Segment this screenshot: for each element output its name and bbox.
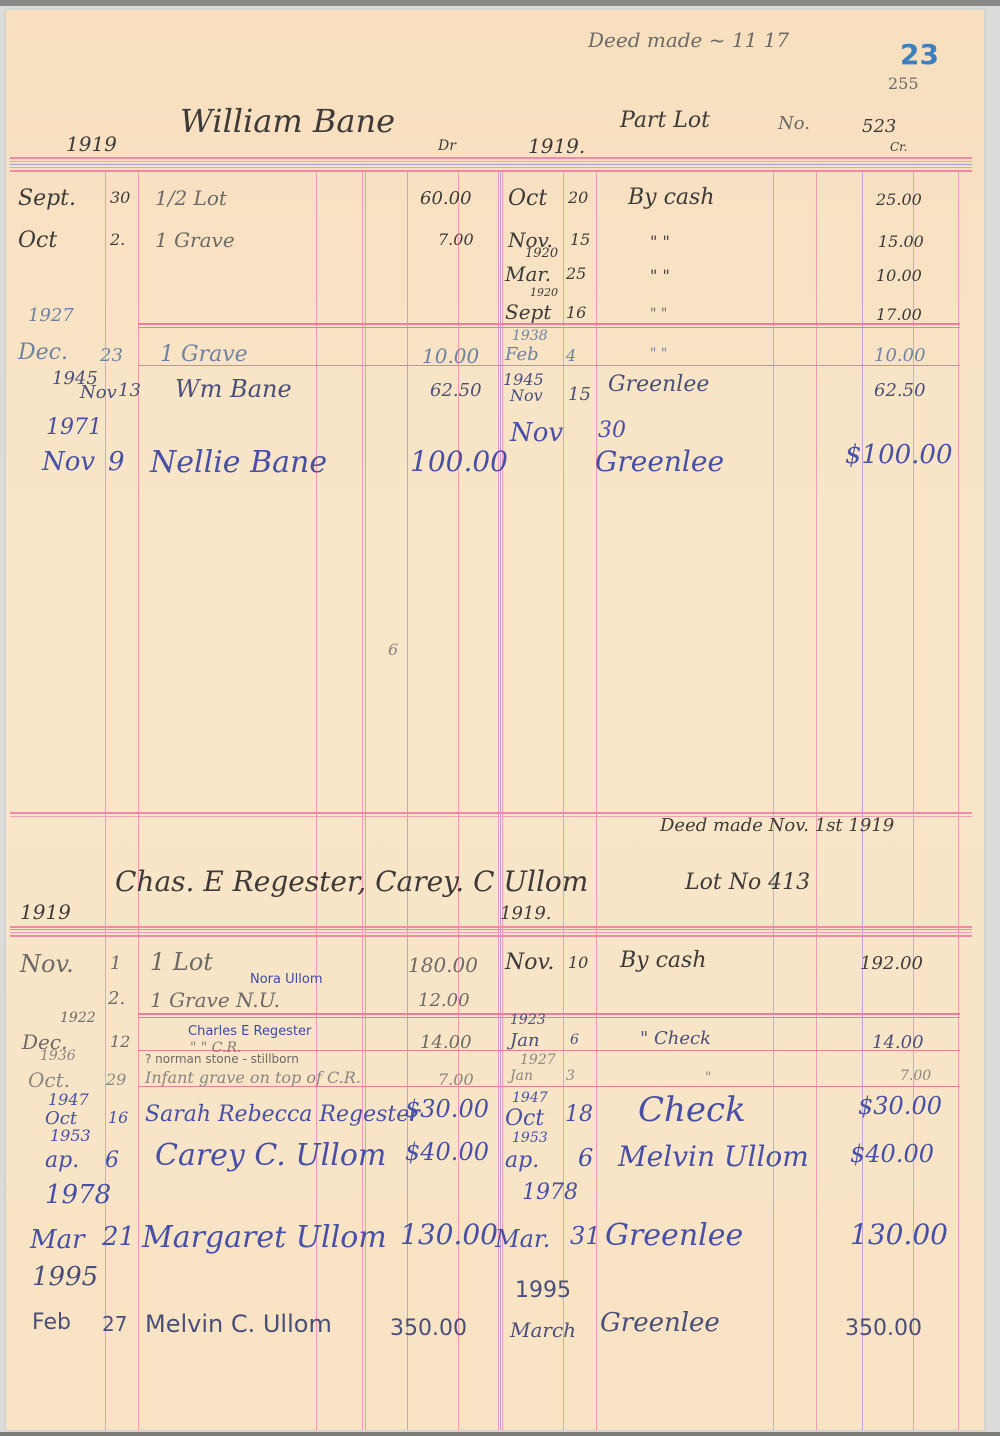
- debit-month: Nov: [42, 447, 95, 477]
- credit-amount: 14.00: [872, 1032, 924, 1053]
- debit-amount: 14.00: [420, 1032, 472, 1053]
- credit-day: 6: [570, 1032, 579, 1048]
- debit-day: 2.: [108, 988, 125, 1009]
- credit-amount: $100.00: [845, 440, 953, 470]
- debit-day: 29: [106, 1070, 126, 1089]
- credit-year: 1938: [512, 328, 548, 344]
- debit-day: 2.: [110, 230, 125, 249]
- credit-month: March: [510, 1318, 576, 1342]
- debit-item: 1/2 Lot: [155, 186, 227, 210]
- debit-year: 1978: [45, 1180, 111, 1210]
- page-number: 255: [888, 74, 919, 93]
- credit-month: Nov.: [505, 950, 554, 975]
- credit-amount: 10.00: [874, 345, 926, 366]
- debit-annotation: Charles E Regester: [188, 1024, 311, 1039]
- debit-year: 1922: [60, 1010, 96, 1026]
- debit-item: Carey C. Ullom: [155, 1138, 386, 1173]
- debit-day: 16: [108, 1108, 128, 1127]
- debit-item: Infant grave on top of C.R.: [145, 1068, 361, 1087]
- credit-item: " Check: [640, 1028, 711, 1049]
- ledger-page: [6, 10, 984, 1430]
- debit-annotation: ? norman stone - stillborn: [145, 1052, 299, 1066]
- subtotal-rule: [138, 1017, 960, 1018]
- debit-day: 9: [108, 447, 125, 477]
- credit-amount: 350.00: [845, 1316, 922, 1341]
- year-right: 1919.: [528, 134, 585, 158]
- debit-item: Sarah Rebecca Regester: [145, 1102, 420, 1127]
- scan-top-edge: [0, 0, 1000, 6]
- credit-month: Mar.: [505, 262, 551, 286]
- debit-month: Feb: [32, 1310, 71, 1335]
- debit-year: 1971: [46, 415, 102, 440]
- credit-amount: 7.00: [900, 1068, 931, 1084]
- credit-year: 1923: [510, 1012, 546, 1028]
- debit-item: 1 Grave N.U.: [150, 988, 280, 1012]
- credit-item: " ": [650, 306, 667, 322]
- credit-item: Check: [638, 1090, 746, 1130]
- credit-day: 20: [568, 188, 588, 207]
- debit-amount: 350.00: [390, 1316, 467, 1341]
- lot-label: Lot No 413: [685, 870, 810, 895]
- lot-label: Part Lot: [620, 108, 710, 133]
- credit-amount: 17.00: [876, 305, 922, 324]
- debit-month: Nov: [80, 382, 117, 403]
- year-left: 1919: [66, 132, 117, 156]
- credit-month: Jan: [510, 1030, 540, 1051]
- credit-month: Nov: [510, 418, 563, 448]
- debit-day: 21: [102, 1222, 135, 1252]
- credit-year: 1927: [520, 1052, 556, 1068]
- subtotal-rule: [138, 365, 960, 366]
- credit-item: " ": [650, 232, 670, 251]
- debit-month: ap.: [45, 1148, 79, 1173]
- debit-month: Mar: [30, 1225, 85, 1255]
- debit-year: 1947: [48, 1090, 89, 1109]
- credit-item: Greenlee: [595, 445, 724, 478]
- deed-note-top: Deed made ~ 11 17: [588, 28, 789, 52]
- credit-day: 15: [570, 230, 590, 249]
- account-name: William Bane: [180, 102, 395, 140]
- subtotal-rule: [138, 327, 960, 328]
- debit-amount: 100.00: [410, 445, 508, 478]
- credit-year: 1995: [515, 1278, 571, 1303]
- debit-annotation: Nora Ullom: [250, 972, 322, 987]
- debit-month: Sept.: [18, 186, 76, 211]
- scan-bottom-edge: [0, 1432, 1000, 1436]
- account-name: Chas. E Regester, Carey. C Ullom: [115, 865, 588, 898]
- credit-amount: $40.00: [850, 1140, 934, 1168]
- subtotal-rule: [138, 1013, 960, 1015]
- credit-day: 3: [566, 1068, 575, 1084]
- credit-month: Nov: [510, 386, 543, 405]
- credit-month: Sept: [505, 300, 551, 324]
- credit-amount: $30.00: [858, 1092, 942, 1120]
- credit-year: 1920: [530, 286, 558, 299]
- stray-mark: 6: [388, 640, 398, 659]
- debit-amount: $40.00: [405, 1138, 489, 1166]
- debit-amount: 10.00: [422, 344, 479, 368]
- credit-day: 18: [565, 1102, 593, 1127]
- dr-label: Dr: [438, 138, 456, 154]
- debit-amount: 7.00: [438, 1070, 474, 1089]
- cr-label: Cr.: [890, 140, 907, 154]
- credit-day: 10: [568, 953, 588, 972]
- debit-item: 1 Grave: [160, 342, 248, 367]
- debit-day: 1: [110, 953, 121, 974]
- year-right: 1919.: [500, 903, 552, 924]
- debit-month: Oct.: [28, 1068, 70, 1092]
- stamp-number: 23: [900, 38, 939, 71]
- debit-amount: 7.00: [438, 230, 474, 249]
- debit-item: Melvin C. Ullom: [145, 1310, 332, 1338]
- subtotal-rule: [138, 1050, 960, 1051]
- credit-item: ": [705, 1070, 711, 1086]
- credit-amount: 15.00: [878, 232, 924, 251]
- credit-month: Oct: [505, 1106, 544, 1131]
- debit-day: 12: [110, 1032, 130, 1051]
- credit-day: 6: [578, 1144, 593, 1172]
- credit-month: Jan: [510, 1068, 533, 1084]
- lot-no-label: No.: [778, 113, 810, 134]
- debit-item: Nellie Bane: [150, 445, 327, 480]
- credit-amount: 62.50: [874, 380, 926, 401]
- credit-year: 1953: [512, 1130, 548, 1146]
- credit-item: Melvin Ullom: [618, 1140, 809, 1173]
- credit-amount: 130.00: [850, 1218, 948, 1251]
- debit-item: Margaret Ullom: [142, 1220, 387, 1255]
- credit-day: 15: [568, 384, 591, 405]
- debit-day: 6: [105, 1148, 119, 1173]
- credit-item: " ": [650, 266, 670, 285]
- credit-month: Mar.: [495, 1225, 550, 1253]
- debit-day: 13: [118, 380, 141, 401]
- debit-year: 1936: [40, 1048, 76, 1064]
- credit-item: " ": [650, 346, 667, 362]
- debit-item: 1 Lot: [150, 948, 213, 976]
- lot-number: 523: [862, 116, 896, 137]
- debit-item: 1 Grave: [155, 228, 235, 252]
- credit-year: 1947: [512, 1090, 548, 1106]
- credit-item: By cash: [620, 948, 707, 973]
- debit-amount: 180.00: [408, 953, 478, 977]
- credit-day: 31: [570, 1222, 601, 1250]
- debit-month: Dec.: [18, 340, 68, 365]
- debit-day: 30: [110, 188, 130, 207]
- credit-amount: 10.00: [876, 266, 922, 285]
- credit-day: 30: [598, 418, 626, 443]
- year-left: 1919: [20, 900, 71, 924]
- credit-amount: 192.00: [860, 953, 923, 974]
- credit-item: Greenlee: [605, 1218, 743, 1253]
- debit-month: Nov.: [20, 950, 74, 978]
- debit-day: 23: [100, 345, 123, 366]
- credit-month: ap.: [505, 1148, 539, 1173]
- credit-year: 1978: [522, 1180, 578, 1205]
- credit-day: 16: [566, 303, 586, 322]
- debit-month: Oct: [18, 228, 57, 253]
- credit-month: Oct: [508, 186, 547, 211]
- debit-amount: 62.50: [430, 380, 482, 401]
- debit-year: 1927: [28, 305, 74, 326]
- credit-day: 25: [566, 264, 586, 283]
- debit-day: 27: [102, 1312, 127, 1336]
- debit-amount: 130.00: [400, 1218, 498, 1251]
- debit-item: Wm Bane: [175, 375, 292, 403]
- credit-item: By cash: [628, 185, 715, 210]
- credit-year: 1920: [525, 246, 558, 261]
- debit-year: 1953: [50, 1126, 91, 1145]
- debit-amount: $30.00: [405, 1095, 489, 1123]
- credit-item: Greenlee: [608, 372, 709, 397]
- credit-amount: 25.00: [876, 190, 922, 209]
- deed-note: Deed made Nov. 1st 1919: [660, 815, 894, 836]
- debit-amount: 12.00: [418, 990, 470, 1011]
- debit-amount: 60.00: [420, 188, 472, 209]
- credit-month: Feb: [505, 344, 539, 365]
- debit-year: 1995: [32, 1262, 98, 1292]
- credit-item: Greenlee: [600, 1308, 720, 1338]
- credit-day: 4: [566, 346, 576, 365]
